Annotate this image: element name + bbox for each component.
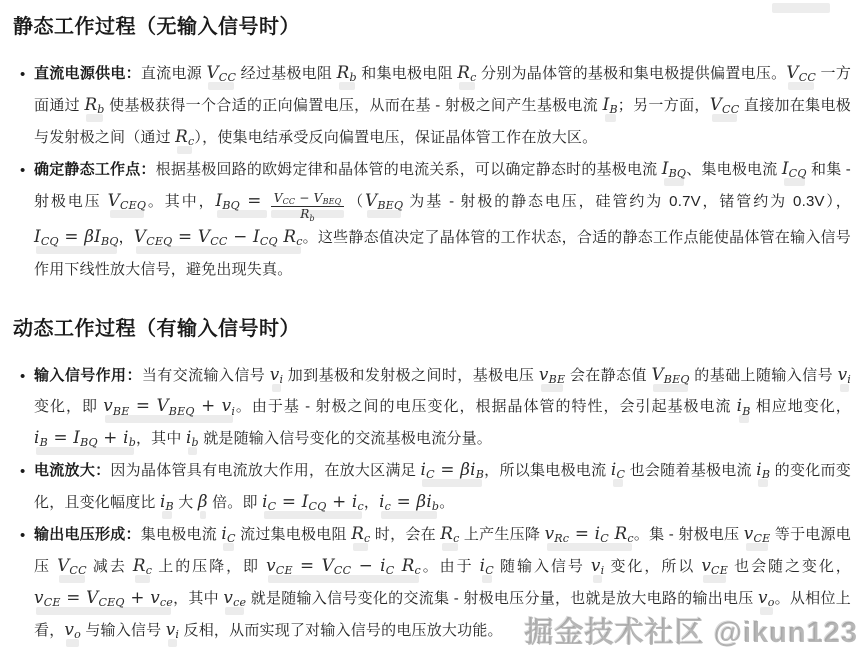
math-subscript: i: [279, 373, 283, 386]
math-inline: Rc: [133, 555, 152, 575]
text-run: 。集 - 射极电压: [634, 526, 744, 543]
math-subscript: CQ: [260, 235, 278, 248]
math-variable: β: [460, 459, 470, 479]
math-variable: v: [266, 555, 276, 575]
math-subscript: Rc: [554, 532, 569, 545]
text-run: 。由于基 - 射极之间的电压变化，根据晶体管的特性，会引起基极电流: [235, 398, 737, 415]
text-run: 与输入信号: [81, 622, 166, 639]
math-inline: Rc: [457, 62, 476, 82]
math-subscript: CQ: [789, 167, 807, 180]
math-variable: i: [380, 555, 386, 575]
text-run: 就是随输入信号变化的交流基极电流分量。: [199, 430, 492, 447]
document-content: 静态工作过程（无输入信号时）直流电源供电：直流电源 VCC 经过基极电阻 Rb …: [0, 0, 863, 647]
math-subscript: BEQ: [377, 199, 403, 212]
text-run: 就是随输入信号变化的交流集 - 射极电压分量，也就是放大电路的输出电压: [246, 590, 758, 607]
math-inline: vRc = iC Rc: [545, 523, 634, 543]
text-run: 倍。即: [208, 494, 262, 511]
math-subscript: b: [310, 214, 315, 223]
math-subscript: CC: [69, 564, 86, 577]
math-subscript: B: [609, 103, 617, 116]
math-inline: vCE: [701, 555, 728, 575]
math-subscript: c: [415, 564, 421, 577]
text-run: 时，会在: [370, 526, 440, 543]
math-inline: VCC: [786, 62, 816, 82]
math-variable: v: [223, 587, 233, 607]
math-variable: V: [314, 191, 323, 205]
bullet-label: 确定静态工作点：: [34, 161, 156, 178]
text-run: ），使集电结承受反向偏置电压，保证晶体管工作在放大区。: [194, 129, 597, 146]
math-inline: VCC: [710, 94, 740, 114]
math-inline: IBQ: [662, 158, 686, 178]
text-run: 上的压降，即: [152, 558, 266, 575]
fraction-numerator: VCC − VBEQ: [271, 192, 345, 207]
math-variable: I: [662, 158, 669, 178]
text-run: 经过基极电阻: [236, 65, 337, 82]
math-subscript: c: [385, 500, 391, 513]
math-inline: iC: [611, 459, 625, 479]
math-variable: I: [782, 158, 789, 178]
text-run: 相应地变化，: [751, 398, 851, 415]
text-run: 分别为晶体管的基极和集电极提供偏置电压。: [477, 65, 787, 82]
math-variable: V: [274, 191, 283, 205]
text-run: 。其中，: [146, 193, 215, 210]
math-subscript: CE: [711, 564, 728, 577]
text-run: 当有交流输入信号: [142, 367, 270, 384]
text-run: 、集电极电流: [686, 161, 782, 178]
math-subscript: o: [768, 596, 775, 609]
math-variable: i: [34, 427, 40, 447]
text-run: 随输入信号: [494, 558, 591, 575]
math-variable: v: [34, 587, 44, 607]
text-run: 。: [439, 494, 454, 511]
math-subscript: CC: [334, 564, 351, 577]
text-run: 使基极获得一个合适的正向偏置电压，从而在基 - 射极之间产生基极电流: [105, 97, 603, 114]
math-variable: V: [156, 395, 168, 415]
math-variable: V: [108, 190, 120, 210]
math-variable: I: [302, 491, 309, 511]
math-inline: ICQ: [782, 158, 807, 178]
math-inline: Rb: [84, 94, 104, 114]
page: { "watermark": { "text": "掘金技术社区 @ikun12…: [0, 0, 863, 668]
math-subscript: C: [426, 468, 435, 481]
bullet-item: 输出电压形成：集电极电流 iC 流过集电极电阻 Rc 时，会在 Rc 上产生压降…: [34, 519, 851, 647]
math-subscript: B: [40, 436, 48, 449]
math-subscript: ce: [233, 596, 246, 609]
math-variable: β: [198, 491, 208, 511]
math-variable: V: [86, 587, 98, 607]
math-variable: v: [166, 619, 176, 639]
math-inline: vCE = VCEQ + vce: [34, 587, 173, 607]
math-variable: R: [351, 523, 364, 543]
math-variable: R: [337, 62, 350, 82]
math-subscript: C: [268, 500, 277, 513]
math-variable: i: [379, 491, 385, 511]
math-inline: VCC: [206, 62, 236, 82]
text-run: 的基础上随输入信号: [690, 367, 838, 384]
math-subscript: i: [601, 564, 605, 577]
math-subscript: c: [296, 235, 302, 248]
math-inline: vBE: [539, 364, 565, 384]
math-inline: vo: [758, 587, 775, 607]
bullet-list: 直流电源供电：直流电源 VCC 经过基极电阻 Rb 和集电极电阻 Rc 分别为晶…: [13, 58, 851, 286]
math-fraction: VCC − VBEQRb: [269, 190, 347, 210]
math-inline: iB: [756, 459, 770, 479]
math-variable: v: [545, 523, 555, 543]
text-run: 流过集电极电阻: [236, 526, 352, 543]
bullet-item: 确定静态工作点：根据基极回路的欧姆定律和晶体管的电流关系，可以确定静态时的基极电…: [34, 154, 851, 286]
math-subscript: c: [364, 532, 370, 545]
math-subscript: CE: [276, 564, 293, 577]
math-variable: i: [123, 427, 129, 447]
math-inline: ib: [186, 427, 199, 447]
text-run: ，所以集电极电流: [484, 462, 611, 479]
math-subscript: CEQ: [98, 596, 124, 609]
math-inline: Rc: [351, 523, 370, 543]
math-variable: V: [786, 62, 798, 82]
math-subscript: c: [357, 500, 363, 513]
math-inline: Rc: [440, 523, 459, 543]
math-inline: β: [198, 491, 208, 511]
math-variable: V: [322, 555, 334, 575]
math-variable: v: [64, 619, 74, 639]
math-inline: vi: [166, 619, 179, 639]
math-subscript: BE: [113, 405, 130, 418]
math-subscript: C: [485, 564, 494, 577]
math-subscript: B: [166, 500, 174, 513]
math-inline: iC: [480, 555, 494, 575]
math-inline: vi: [591, 555, 604, 575]
math-subscript: b: [129, 436, 136, 449]
math-variable: I: [34, 226, 41, 246]
math-variable: v: [222, 395, 232, 415]
text-run: 和集电极电阻: [357, 65, 458, 82]
text-run: 为基 - 射极的静态电压，硅管约为 0.7V，锗管约为 0.3V），: [403, 193, 851, 210]
math-subscript: o: [74, 628, 81, 641]
math-inline: VCC: [57, 555, 87, 575]
text-run: 加到基极和发射极之间时，基极电压: [283, 367, 539, 384]
math-inline: vCE: [744, 523, 771, 543]
math-variable: v: [744, 523, 754, 543]
bullet-label: 直流电源供电：: [34, 65, 141, 82]
text-run: 根据基极回路的欧姆定律和晶体管的电流关系，可以确定静态时的基极电流: [156, 161, 662, 178]
math-inline: VBEQ: [365, 190, 403, 210]
math-variable: β: [416, 491, 426, 511]
math-subscript: CC: [283, 197, 296, 206]
math-inline: VCEQ = VCC − ICQ Rc: [134, 226, 303, 246]
math-subscript: CEQ: [120, 199, 146, 212]
bullet-item: 直流电源供电：直流电源 VCC 经过基极电阻 Rb 和集电极电阻 Rc 分别为晶…: [34, 58, 851, 154]
math-variable: V: [710, 94, 722, 114]
math-subscript: BE: [549, 373, 566, 386]
math-subscript: c: [470, 71, 476, 84]
math-inline: iC = βiB: [420, 459, 484, 479]
text-run: 直流电源: [141, 65, 207, 82]
math-inline: ICQ = βIBQ: [34, 226, 119, 246]
math-variable: v: [701, 555, 711, 575]
math-subscript: CQ: [41, 235, 59, 248]
text-run: 。由于: [421, 558, 480, 575]
math-variable: v: [591, 555, 601, 575]
math-variable: R: [457, 62, 470, 82]
text-run: 反相，从而实现了对输入信号的电压放大功能。: [179, 622, 503, 639]
math-subscript: C: [386, 564, 395, 577]
text-run: ；另一方面，: [618, 97, 710, 114]
math-variable: R: [402, 555, 415, 575]
fraction: VCC − VBEQRb: [271, 192, 345, 222]
math-subscript: c: [146, 564, 152, 577]
math-subscript: b: [432, 500, 439, 513]
math-inline: vCE = VCC − iC Rc: [266, 555, 421, 575]
math-subscript: i: [231, 405, 235, 418]
math-subscript: BEQ: [664, 373, 690, 386]
math-variable: R: [84, 94, 97, 114]
math-subscript: i: [847, 373, 851, 386]
math-variable: i: [470, 459, 476, 479]
math-subscript: CEQ: [146, 235, 172, 248]
math-inline: vo: [64, 619, 81, 639]
math-inline: iC = ICQ + ic: [262, 491, 364, 511]
bullet-label: 输出电压形成：: [34, 526, 141, 543]
math-variable: R: [133, 555, 146, 575]
math-variable: β: [84, 226, 94, 246]
math-subscript: C: [616, 468, 625, 481]
math-inline: vce: [223, 587, 246, 607]
math-variable: v: [838, 364, 848, 384]
math-inline: iB: [737, 395, 751, 415]
math-variable: i: [262, 491, 268, 511]
math-subscript: CC: [210, 235, 227, 248]
bullet-item: 输入信号作用：当有交流输入信号 vi 加到基极和发射极之间时，基极电压 vBE …: [34, 360, 851, 456]
text-run: 会在静态值: [565, 367, 651, 384]
text-run: 集电极电流: [141, 526, 222, 543]
math-inline: Rc: [175, 126, 194, 146]
math-variable: R: [440, 523, 453, 543]
math-subscript: b: [97, 103, 104, 116]
math-subscript: C: [600, 532, 609, 545]
math-inline: IBQ =: [215, 190, 268, 210]
math-subscript: C: [227, 532, 236, 545]
fraction-denominator: Rb: [271, 207, 345, 221]
math-variable: V: [651, 364, 663, 384]
bullet-label: 电流放大：: [34, 462, 110, 479]
math-inline: IB: [603, 94, 618, 114]
math-subscript: BEQ: [323, 197, 342, 206]
text-run: 变化，即: [34, 398, 103, 415]
math-variable: V: [198, 226, 210, 246]
math-subscript: BQ: [222, 199, 240, 212]
text-run: ，: [364, 494, 379, 511]
math-inline: vBE = VBEQ + vi: [103, 395, 235, 415]
math-variable: i: [186, 427, 192, 447]
math-variable: V: [365, 190, 377, 210]
math-inline: VCEQ: [108, 190, 147, 210]
math-inline: vi: [270, 364, 283, 384]
bullet-list: 输入信号作用：当有交流输入信号 vi 加到基极和发射极之间时，基极电压 vBE …: [13, 360, 851, 647]
math-subscript: B: [762, 468, 770, 481]
math-subscript: B: [476, 468, 484, 481]
math-subscript: b: [192, 436, 199, 449]
text-run: （: [346, 193, 365, 210]
math-subscript: CC: [799, 71, 816, 84]
math-variable: R: [283, 226, 296, 246]
math-variable: R: [175, 126, 188, 146]
math-subscript: CE: [44, 596, 61, 609]
text-run: 减去: [87, 558, 133, 575]
math-variable: V: [57, 555, 69, 575]
math-variable: i: [160, 491, 166, 511]
bullet-item: 电流放大：因为晶体管具有电流放大作用，在放大区满足 iC = βiB，所以集电极…: [34, 455, 851, 519]
math-inline: VBEQ: [651, 364, 689, 384]
math-subscript: CC: [219, 71, 236, 84]
math-variable: R: [615, 523, 628, 543]
math-variable: v: [758, 587, 768, 607]
math-variable: I: [253, 226, 260, 246]
text-run: 也会随之变化，: [728, 558, 851, 575]
math-inline: Rb: [337, 62, 357, 82]
math-subscript: b: [349, 71, 356, 84]
math-subscript: CC: [722, 103, 739, 116]
bullet-label: 输入信号作用：: [34, 367, 142, 384]
text-run: ，其中: [136, 430, 186, 447]
math-variable: v: [270, 364, 280, 384]
text-run: 上产生压降: [460, 526, 545, 543]
text-run: 大: [174, 494, 198, 511]
text-run: 因为晶体管具有电流放大作用，在放大区满足: [110, 462, 420, 479]
math-subscript: BQ: [101, 235, 119, 248]
section-dynamic: 动态工作过程（有输入信号时）输入信号作用：当有交流输入信号 vi 加到基极和发射…: [13, 316, 851, 647]
text-run: ，其中: [173, 590, 223, 607]
math-variable: V: [206, 62, 218, 82]
math-inline: ic = βib: [379, 491, 439, 511]
section-heading: 动态工作过程（有输入信号时）: [13, 316, 851, 343]
math-subscript: c: [453, 532, 459, 545]
math-variable: I: [94, 226, 101, 246]
section-static: 静态工作过程（无输入信号时）直流电源供电：直流电源 VCC 经过基极电阻 Rb …: [13, 14, 851, 286]
math-subscript: c: [627, 532, 633, 545]
math-subscript: BQ: [80, 436, 98, 449]
math-variable: v: [539, 364, 549, 384]
math-subscript: ce: [160, 596, 173, 609]
math-subscript: BQ: [669, 167, 687, 180]
math-subscript: BEQ: [169, 405, 195, 418]
math-subscript: i: [175, 628, 179, 641]
math-inline: iB: [160, 491, 174, 511]
math-variable: v: [103, 395, 113, 415]
math-variable: V: [134, 226, 146, 246]
math-subscript: CE: [753, 532, 770, 545]
math-variable: R: [300, 207, 309, 221]
math-inline: iB = IBQ + ib: [34, 427, 136, 447]
math-inline: iC: [221, 523, 235, 543]
math-subscript: c: [188, 135, 194, 148]
text-run: 也会随着基极电流: [625, 462, 756, 479]
math-variable: v: [150, 587, 160, 607]
math-subscript: B: [742, 405, 750, 418]
text-run: 变化，所以: [604, 558, 701, 575]
text-run: ，: [119, 229, 134, 246]
math-subscript: CQ: [309, 500, 327, 513]
math-inline: vi: [838, 364, 851, 384]
section-heading: 静态工作过程（无输入信号时）: [13, 14, 851, 41]
